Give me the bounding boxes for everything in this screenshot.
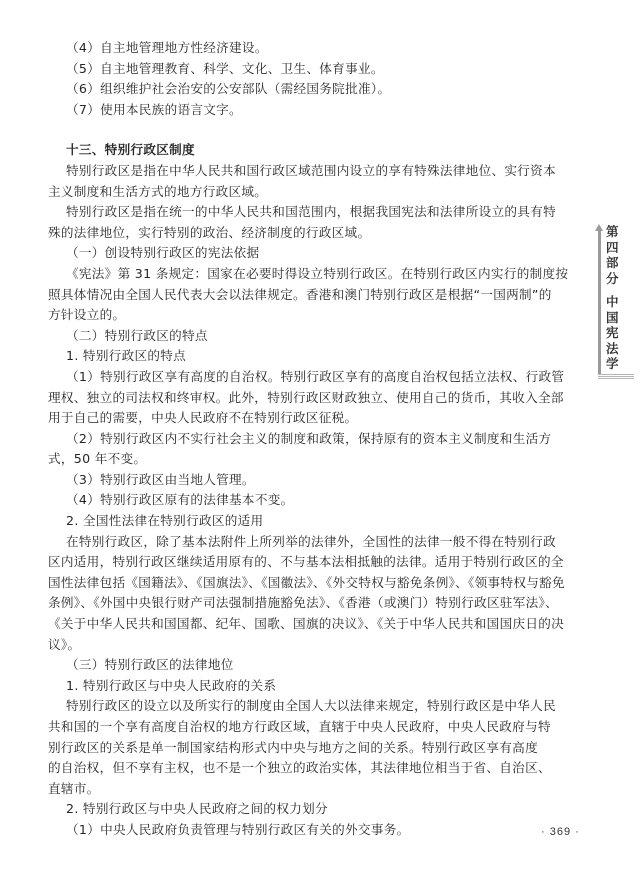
paragraph-line: 特别行政区是指在中华人民共和国行政区域范围内设立的享有特殊法律地位、实行资本 — [48, 161, 592, 182]
page-body: （4）自主地管理地方性经济建设。 （5）自主地管理教育、科学、文化、卫生、体育事… — [48, 38, 592, 841]
section-heading: 十三、特别行政区制度 — [48, 140, 592, 161]
side-tab-bar — [598, 230, 601, 378]
list-item-5: （5）自主地管理教育、科学、文化、卫生、体育事业。 — [48, 59, 592, 80]
paragraph-line: 条例》、《外国中央银行财产司法强制措施豁免法》、《香港（或澳门）特别行政区驻军法… — [48, 593, 592, 614]
paragraph-line: 共和国的一个享有高度自治权的地方行政区域，直辖于中央人民政府，中央人民政府与特 — [48, 717, 592, 738]
paragraph-line: 用于自己的需要，中央人民政府不在特别行政区征税。 — [48, 408, 592, 429]
paragraph-line: 照具体情况由全国人民代表大会以法律规定。香港和澳门特别行政区是根据“一国两制”的 — [48, 285, 592, 306]
paragraph-line: 特别行政区的设立以及所实行的制度由全国人大以法律来规定，特别行政区是中华人民 — [48, 696, 592, 717]
paragraph-line: （2）特别行政区内不实行社会主义的制度和政策，保持原有的资本主义制度和生活方 — [48, 429, 592, 450]
paragraph-line: 国性法律包括《国籍法》、《国旗法》、《国徽法》、《外交特权与豁免条例》、《领事特… — [48, 573, 592, 594]
paragraph-line: 《宪法》第 31 条规定：国家在必要时得设立特别行政区。在特别行政区内实行的制度… — [48, 264, 592, 285]
subsection-heading: （三）特别行政区的法律地位 — [48, 655, 592, 676]
paragraph-line: 区内适用，特别行政区继续适用原有的、不与基本法相抵触的法律。适用于特别行政区的全 — [48, 552, 592, 573]
paragraph-line: 的自治权，但不享有主权，也不是一个独立的政治实体，其法律地位相当于省、自治区、 — [48, 758, 592, 779]
paragraph-line: 特别行政区是指在统一的中华人民共和国范围内，根据我国宪法和法律所设立的具有特 — [48, 202, 592, 223]
paragraph-line: 主义制度和生活方式的地方行政区域。 — [48, 182, 592, 203]
page-number: · 369 · — [541, 826, 580, 838]
paragraph-line: 理权、独立的司法权和终审权。此外，特别行政区财政独立、使用自己的货币，其收入全部 — [48, 388, 592, 409]
paragraph-line: 别行政区的关系是单一制国家结构形式内中央与地方之间的关系。特别行政区享有高度 — [48, 738, 592, 759]
paragraph-line: 直辖市。 — [48, 779, 592, 800]
paragraph-line: 殊的法律地位，实行特别的政治、经济制度的行政区域。 — [48, 223, 592, 244]
list-item-6: （6）组织维护社会治安的公安部队（需经国务院批准）。 — [48, 79, 592, 100]
paragraph-line: 在特别行政区，除了基本法附件上所列举的法律外，全国性的法律一般不得在特别行政 — [48, 532, 592, 553]
numbered-heading: 2. 特别行政区与中央人民政府之间的权力划分 — [48, 799, 592, 820]
paragraph-line: 议》。 — [48, 635, 592, 656]
numbered-heading: 2. 全国性法律在特别行政区的适用 — [48, 511, 592, 532]
paragraph-line: 方针设立的。 — [48, 305, 592, 326]
list-item-4: （4）自主地管理地方性经济建设。 — [48, 38, 592, 59]
paragraph-line: 式，50 年不变。 — [48, 449, 592, 470]
side-tab-base — [598, 374, 634, 380]
paragraph-line: （3）特别行政区由当地人管理。 — [48, 470, 592, 491]
chapter-side-tab: 第四部分 中国宪法学 — [596, 222, 636, 382]
list-item-7: （7）使用本民族的语言文字。 — [48, 100, 592, 121]
subsection-heading: （二）特别行政区的特点 — [48, 326, 592, 347]
paragraph-line: 《关于中华人民共和国国都、纪年、国歌、国旗的决议》、《关于中华人民共和国国庆日的… — [48, 614, 592, 635]
paragraph-line: （1）特别行政区享有高度的自治权。特别行政区享有的高度自治权包括立法权、行政管 — [48, 367, 592, 388]
side-tab-text: 第四部分 中国宪法学 — [606, 224, 620, 372]
side-tab-subject: 中国宪法学 — [606, 294, 619, 371]
paragraph-line: （1）中央人民政府负责管理与特别行政区有关的外交事务。 — [48, 820, 592, 841]
paragraph-line: （4）特别行政区原有的法律基本不变。 — [48, 490, 592, 511]
numbered-heading: 1. 特别行政区的特点 — [48, 346, 592, 367]
side-tab-part: 第四部分 — [606, 224, 619, 286]
numbered-heading: 1. 特别行政区与中央人民政府的关系 — [48, 676, 592, 697]
subsection-heading: （一）创设特别行政区的宪法依据 — [48, 243, 592, 264]
